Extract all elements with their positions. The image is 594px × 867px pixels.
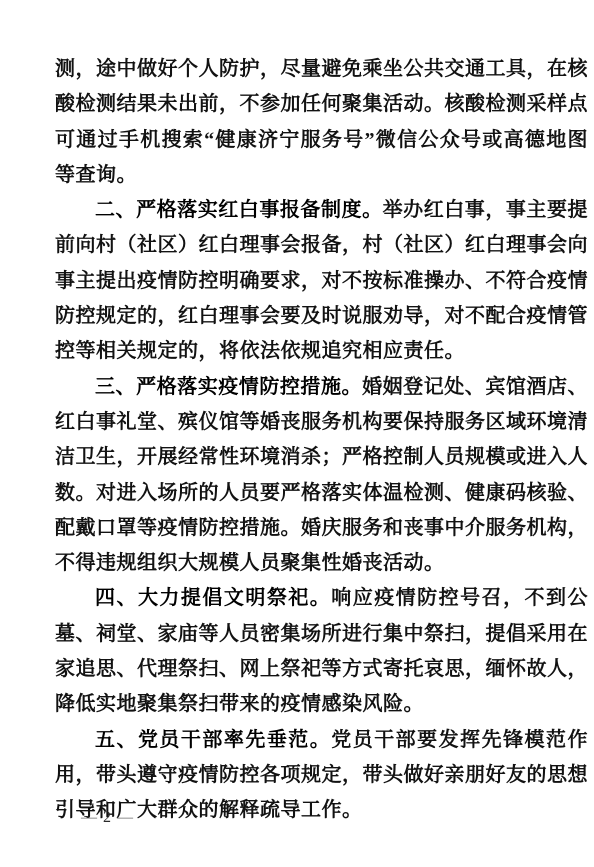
paragraph-text: 测，途中做好个人防护，尽量避免乘坐公共交通工具，在核酸检测结果未出前，不参加任何… [55,58,588,186]
paragraph-section-2: 二、严格落实红白事报备制度。举办红白事，事主要提前向村（社区）红白理事会报备，村… [55,193,588,369]
footer-right-dash: — [112,809,139,826]
section-5-heading: 五、党员干部率先垂范。 [95,729,331,751]
paragraph-section-4: 四、大力提倡文明祭祀。响应疫情防控号召，不到公墓、祠堂、家庙等人员密集场所进行集… [55,581,588,722]
section-4-heading: 四、大力提倡文明祭祀。 [95,587,331,609]
section-2-text: 举办红白事，事主要提前向村（社区）红白理事会报备，村（社区）红白理事会向事主提出… [55,199,588,362]
section-3-heading: 三、严格落实疫情防控措施。 [95,376,362,398]
footer-left-dash: — [76,809,103,826]
page-number-footer: —2— [76,809,139,827]
page-number: 2 [103,809,112,826]
section-2-heading: 二、严格落实红白事报备制度。 [95,199,383,221]
paragraph-section-3: 三、严格落实疫情防控措施。婚姻登记处、宾馆酒店、红白事礼堂、殡仪馆等婚丧服务机构… [55,370,588,582]
section-3-text: 婚姻登记处、宾馆酒店、红白事礼堂、殡仪馆等婚丧服务机构要保持服务区域环境清洁卫生… [55,376,588,574]
paragraph-continuation: 测，途中做好个人防护，尽量避免乘坐公共交通工具，在核酸检测结果未出前，不参加任何… [55,52,588,193]
document-body: 测，途中做好个人防护，尽量避免乘坐公共交通工具，在核酸检测结果未出前，不参加任何… [55,52,588,829]
document-page: 测，途中做好个人防护，尽量避免乘坐公共交通工具，在核酸检测结果未出前，不参加任何… [0,0,594,867]
